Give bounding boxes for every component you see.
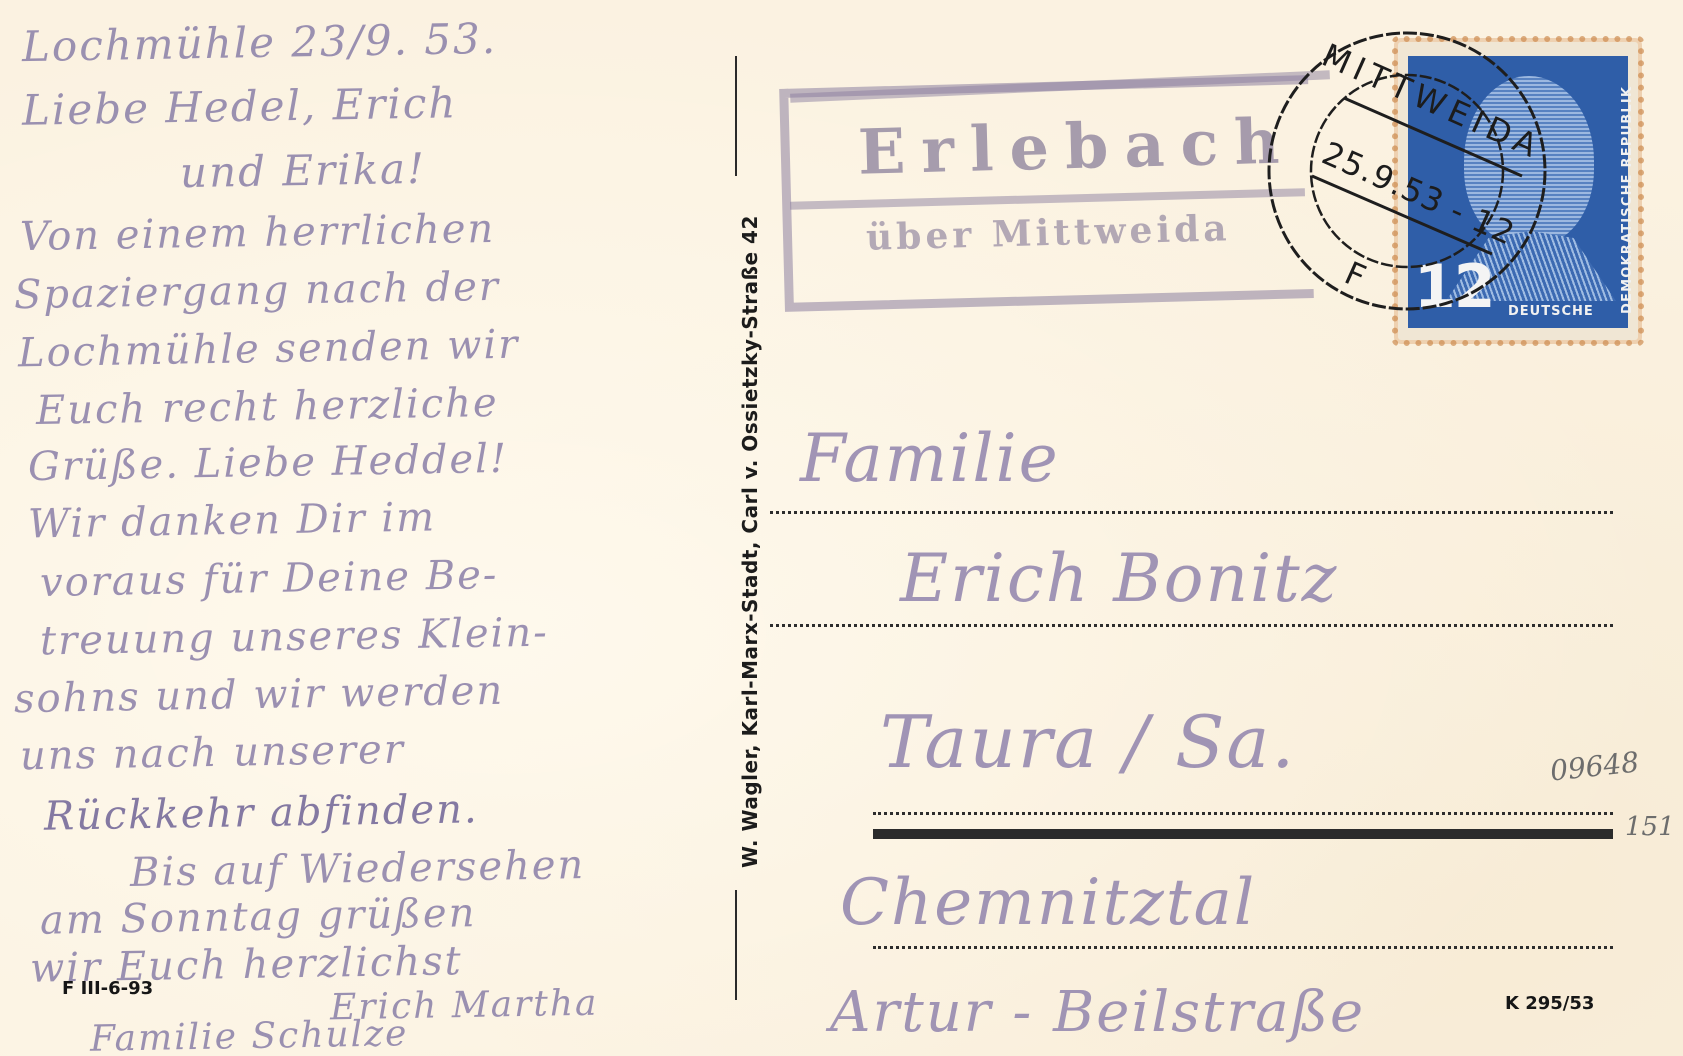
address-recipient-prefix: Familie: [800, 420, 1060, 497]
message-line: Familie Schulze: [90, 1013, 409, 1056]
stamp-country-side: DEMOKRATISCHE REPUBLIK: [1620, 86, 1635, 314]
handwritten-message: Lochmühle 23/9. 53. Liebe Hedel, Erich u…: [0, 0, 730, 1056]
portrait-icon: [1464, 76, 1594, 246]
message-line: voraus für Deine Be-: [40, 552, 499, 606]
postcard-back: Lochmühle 23/9. 53. Liebe Hedel, Erich u…: [0, 0, 1683, 1056]
address-line-2: [770, 624, 1613, 627]
message-line: Lochmühle senden wir: [18, 322, 520, 377]
address-street: Artur - Beilstraße: [830, 980, 1365, 1045]
address-line-3: [873, 812, 1613, 815]
message-line: Grüße. Liebe Heddel!: [28, 436, 509, 490]
message-line: Wir danken Dir im: [28, 494, 437, 547]
postage-stamp: 12 DEUTSCHE DEMOKRATISCHE REPUBLIK: [1398, 42, 1638, 340]
message-line: Von einem herrlichen: [20, 206, 496, 260]
message-line: Liebe Hedel, Erich: [22, 78, 458, 135]
message-line: Bis auf Wiedersehen: [130, 842, 586, 896]
divider-top: [735, 56, 737, 176]
address-line-4: [873, 946, 1613, 949]
address-city: Taura / Sa.: [880, 700, 1296, 784]
message-line: und Erika!: [180, 144, 427, 197]
message-line: sohns und wir werden: [14, 668, 505, 723]
pencil-postcode: 09648: [1549, 745, 1641, 787]
message-line: uns nach unserer: [20, 727, 406, 780]
publisher-imprint: W. Wagler, Karl-Marx-Stadt, Carl v. Ossi…: [738, 215, 762, 868]
address-underline-bar: [873, 829, 1613, 839]
message-line: Spaziergang nach der: [14, 264, 501, 318]
message-place-date: Lochmühle 23/9. 53.: [22, 14, 498, 71]
stamp-town: Erlebach: [857, 104, 1296, 188]
address-district: Chemnitztal: [840, 866, 1256, 940]
message-line: Rückkehr abfinden.: [44, 786, 479, 840]
address-recipient-name: Erich Bonitz: [900, 540, 1338, 617]
address-line-1: [770, 511, 1613, 514]
rubber-place-stamp: Erlebach über Mittweida: [768, 52, 1308, 292]
stamp-country-bottom: DEUTSCHE: [1508, 304, 1594, 319]
stamp-design: 12 DEUTSCHE DEMOKRATISCHE REPUBLIK: [1408, 56, 1628, 328]
print-code-left: F III-6-93: [62, 978, 153, 999]
stamp-denomination: 12: [1414, 252, 1494, 322]
message-line: Euch recht herzliche: [36, 380, 499, 434]
message-line: am Sonntag grüßen: [40, 890, 477, 944]
divider-bottom: [735, 890, 737, 1000]
message-line: treuung unseres Klein-: [40, 610, 549, 665]
postmark-letter: F: [1339, 254, 1371, 296]
pencil-number: 151: [1625, 812, 1675, 842]
print-code-right: K 295/53: [1505, 993, 1594, 1014]
